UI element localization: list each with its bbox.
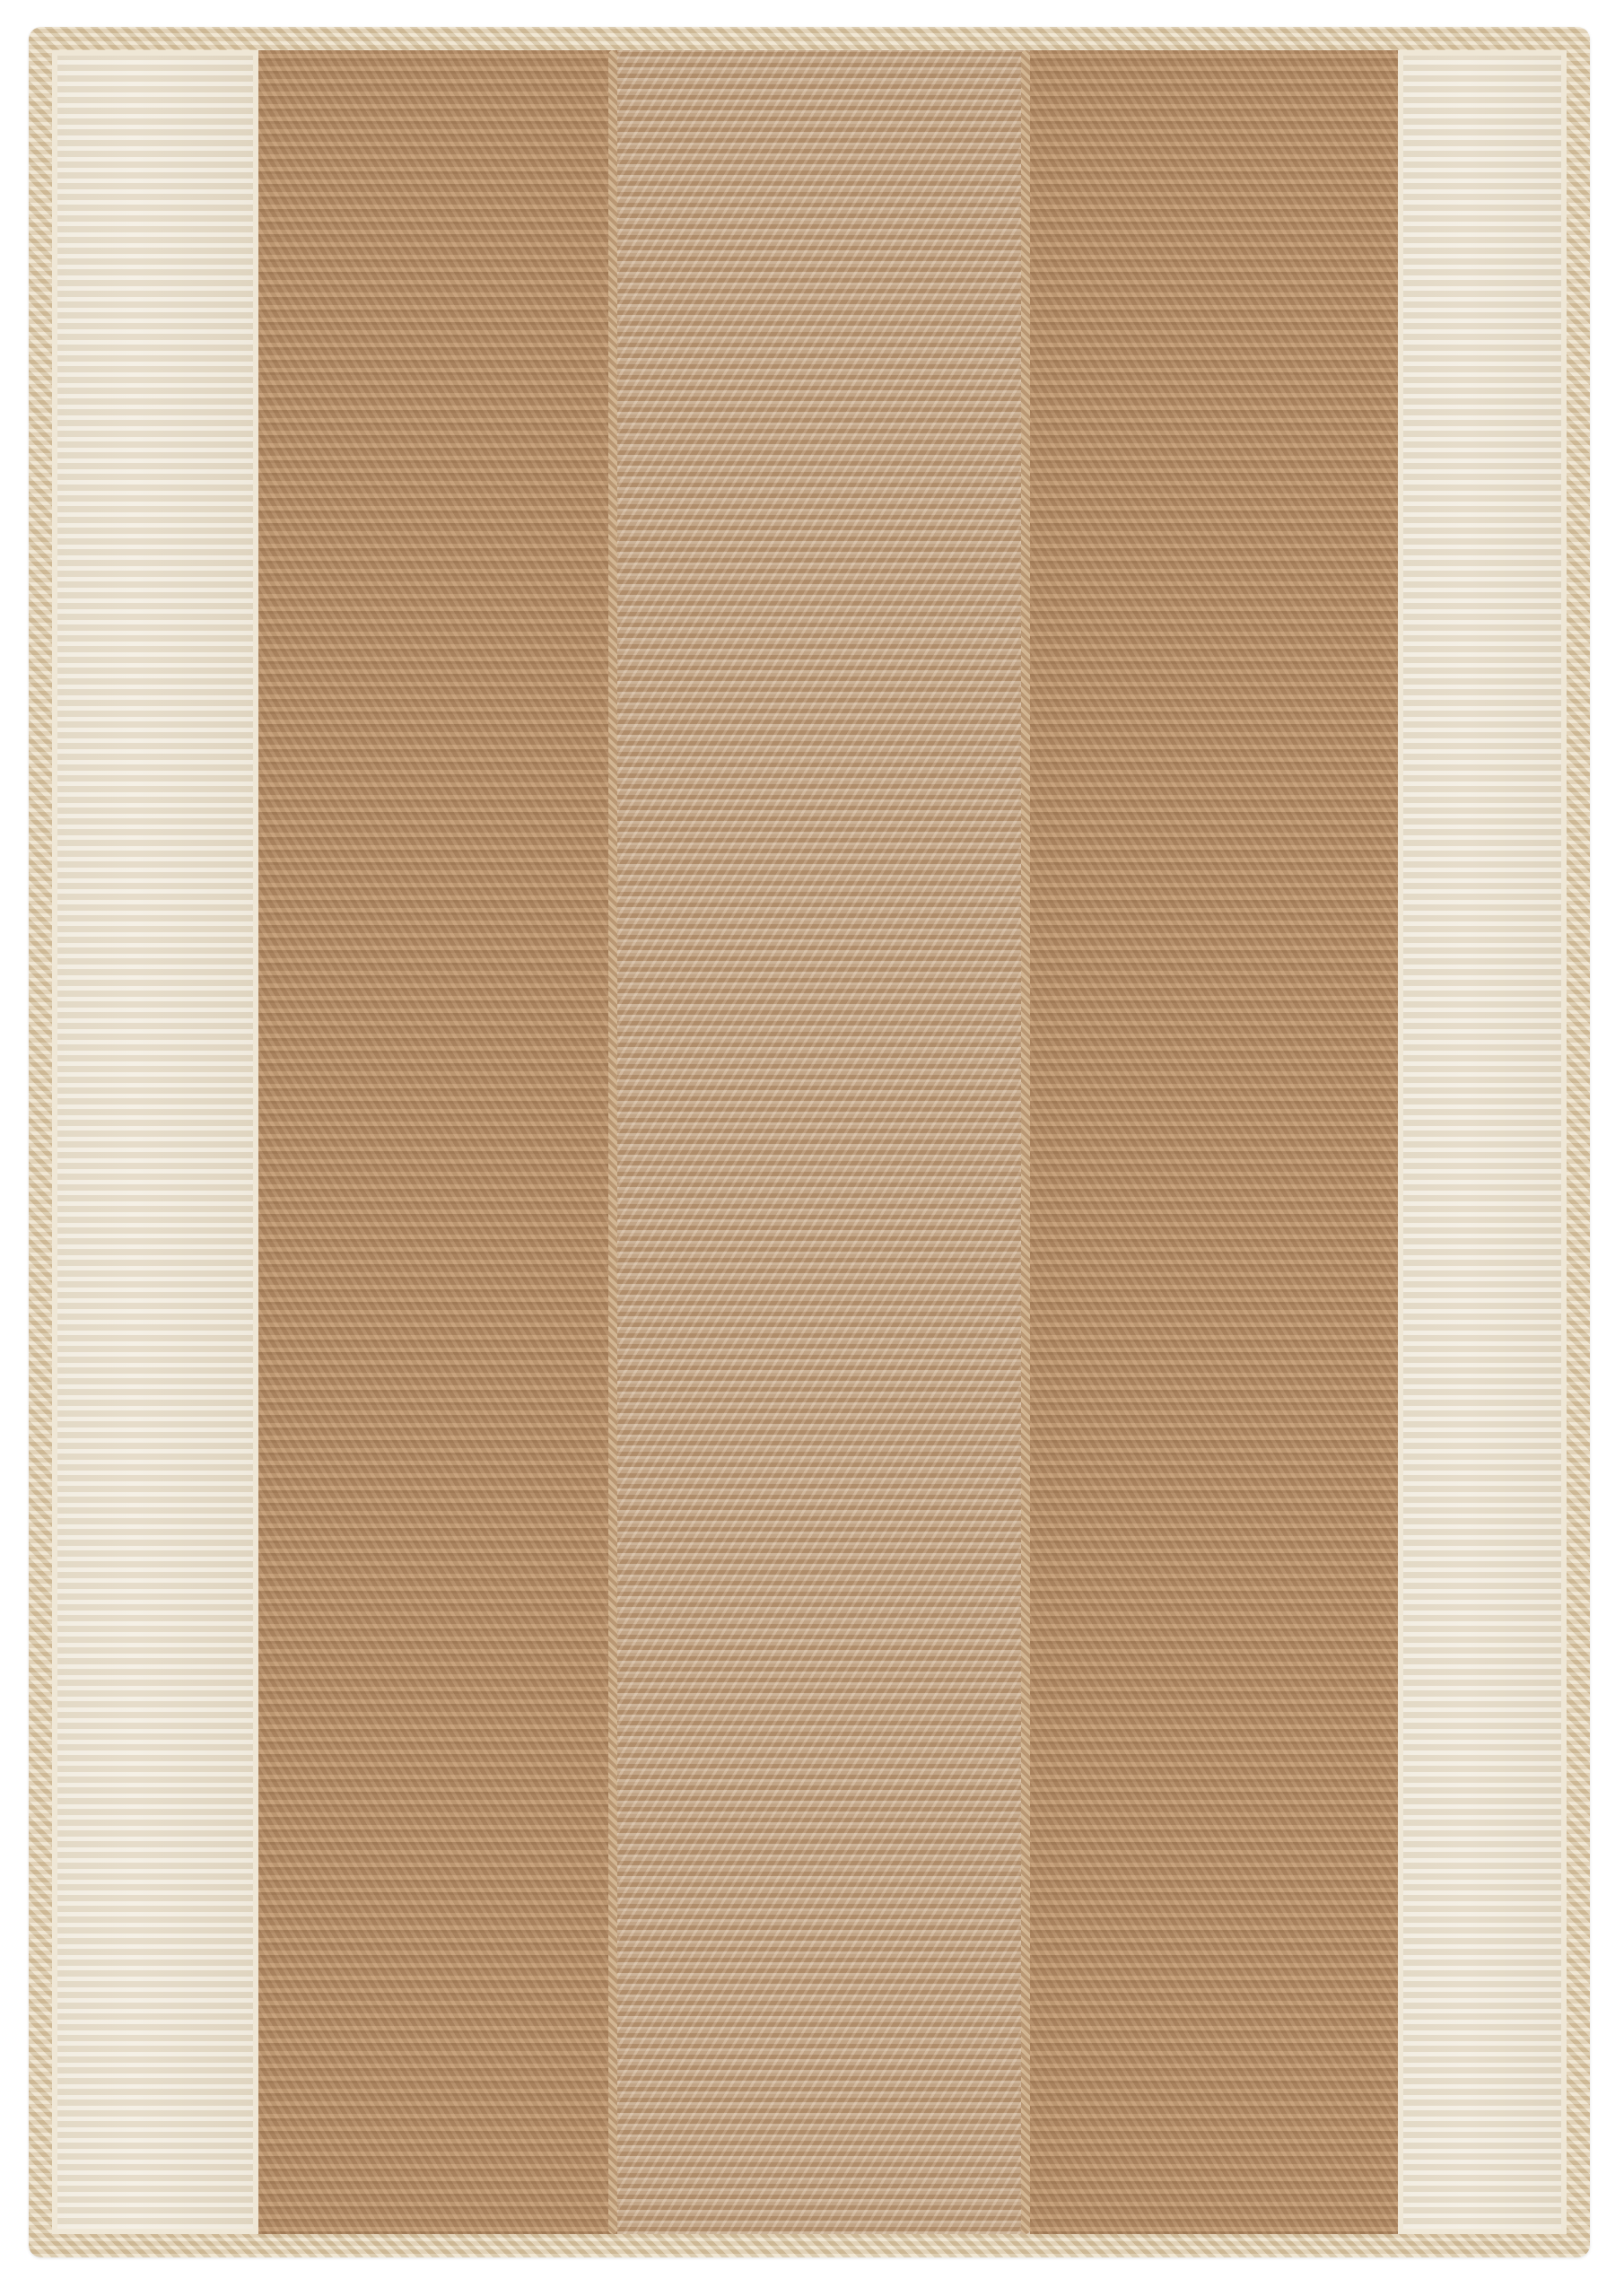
right-ivory-panel: ivory xyxy=(1398,50,1567,2234)
jute-rug: ivory natural jute natural jute with ivo… xyxy=(29,27,1590,2257)
right-braided-seam xyxy=(1021,50,1030,2234)
left-braided-seam xyxy=(608,50,617,2234)
left-jute-panel: natural jute xyxy=(258,50,637,2234)
center-flecked-panel: natural jute with ivory flecks xyxy=(617,50,1030,2234)
right-jute-panel: natural jute xyxy=(1030,50,1398,2234)
left-ivory-panel: ivory xyxy=(52,50,258,2234)
